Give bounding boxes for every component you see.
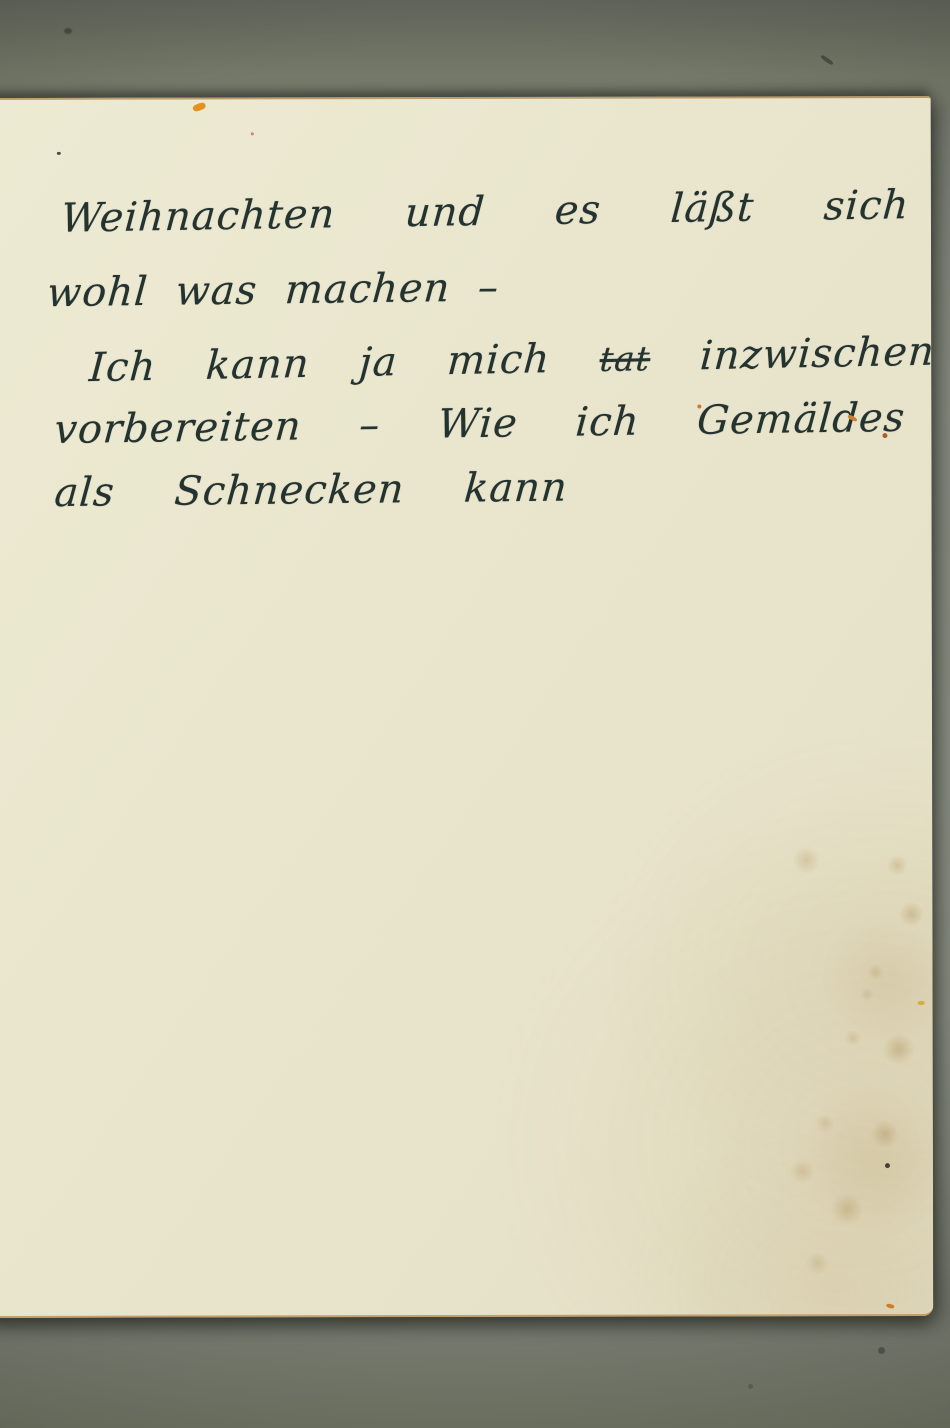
handwriting-text: wohl was machen –	[45, 265, 500, 317]
foxing-stain	[830, 1193, 864, 1225]
handwriting-text: als Schnecken kann	[53, 465, 570, 517]
orange-fleck	[192, 102, 207, 113]
foxing-stain	[789, 1159, 815, 1183]
handwriting-line-5: als Schnecken kann	[53, 465, 570, 517]
handwriting-text: Ich kann ja mich	[88, 336, 552, 391]
red-fleck	[251, 132, 254, 135]
foxing-stain	[898, 902, 924, 926]
handwriting-text: Weihnachten und es läßt sich	[59, 182, 911, 242]
handwriting-line-2: wohl was machen –	[45, 265, 500, 317]
dust-speck	[748, 1384, 753, 1389]
foxing-stain	[815, 1114, 835, 1132]
foxing-stain	[886, 855, 908, 875]
dust-speck	[878, 1347, 885, 1354]
dark-fleck	[57, 152, 61, 155]
dust-speck	[64, 28, 72, 34]
foxing-stain	[860, 987, 875, 1001]
foxing-stain	[867, 964, 885, 980]
handwriting-line-3: Ich kann ja mich tat inzwischen	[88, 329, 937, 392]
dust-speck	[820, 54, 834, 65]
handwriting-line-4: vorbereiten – Wie ich Gemäldes	[53, 395, 907, 453]
orange-fleck	[886, 1303, 895, 1309]
foxing-stain	[820, 911, 950, 1051]
handwriting-line-1: Weihnachten und es läßt sich	[59, 182, 911, 242]
foxing-stain	[870, 1120, 900, 1148]
photo-backdrop: Weihnachten und es läßt sich wohl was ma…	[0, 0, 950, 1428]
dark-fleck	[885, 1163, 890, 1168]
yellow-fleck	[918, 1001, 925, 1005]
foxing-stain	[801, 1081, 950, 1241]
handwriting-text: inzwischen	[699, 329, 937, 380]
foxing-stain	[805, 1252, 829, 1274]
foxing-stain	[791, 847, 821, 873]
manuscript-page: Weihnachten und es läßt sich wohl was ma…	[0, 96, 933, 1318]
crossed-out-word: tat	[598, 339, 651, 380]
handwriting-text: vorbereiten – Wie ich Gemäldes	[53, 395, 907, 453]
foxing-stain	[882, 1034, 916, 1064]
foxing-stain	[844, 1030, 862, 1046]
